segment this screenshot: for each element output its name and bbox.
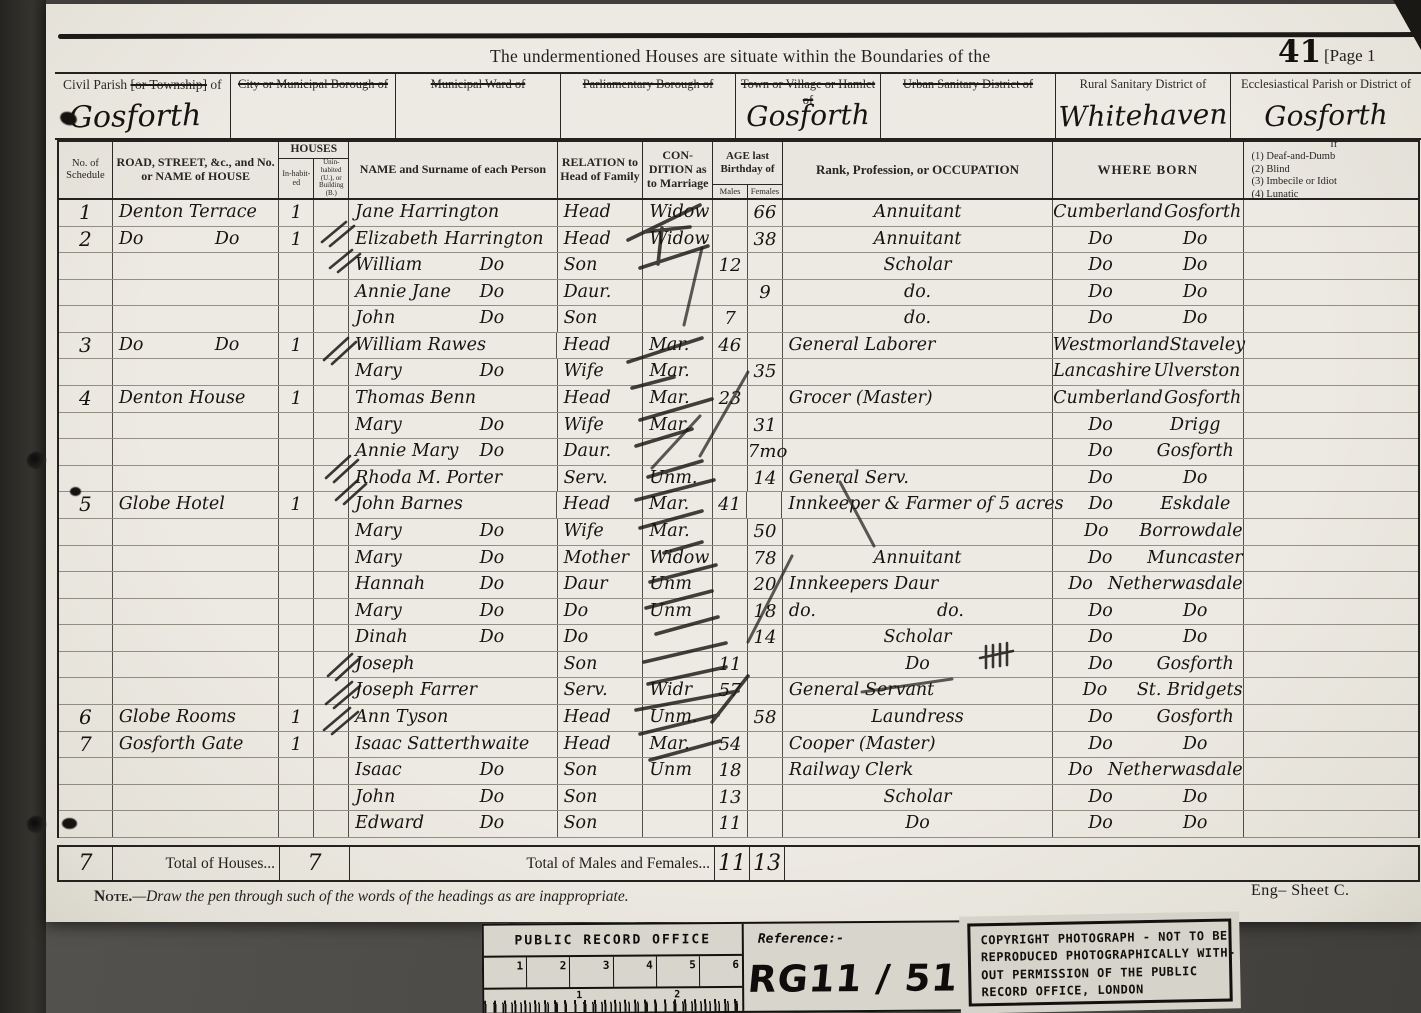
name-cell: Thomas Benn (348, 386, 556, 412)
occupation-cell: Laundress (782, 705, 1052, 731)
condition-value: Mar. (643, 519, 712, 544)
age-male-value: 46 (713, 333, 747, 358)
occupation-cell: General Servant (782, 678, 1052, 704)
name-cell: Isaac Satterthwaite (348, 732, 556, 758)
born-cell: DoGosforth (1052, 439, 1242, 465)
relation-value: Head (558, 227, 643, 252)
person-name: Mary (349, 599, 556, 624)
age-male-cell: 12 (712, 253, 747, 279)
surname-ditto: Do (474, 413, 505, 438)
occupation-cell: Scholar (782, 785, 1052, 811)
schedule-number: 2 (59, 227, 112, 252)
born-cell: DoGosforth (1052, 705, 1242, 731)
schedule-cell (59, 413, 112, 439)
born-cell: DoDo (1052, 732, 1242, 758)
occupation-value: Cooper (Master) (783, 732, 1052, 757)
age-female-cell: 66 (747, 200, 782, 226)
schedule-cell: 2 (59, 227, 112, 253)
infirmity-line: If (1252, 139, 1416, 151)
occupation-value: General Servant (783, 678, 1052, 703)
census-rows: 1Denton Terrace1Jane HarringtonHeadWidow… (57, 200, 1420, 838)
relation-cell: Serv. (557, 466, 643, 492)
infirmity-cell (1243, 546, 1418, 572)
infirmity-line: (2) Blind (1252, 164, 1416, 176)
municipal-borough-cell: City or Municipal Borough of (230, 74, 395, 138)
condition-cell: Widow (642, 546, 712, 572)
born-values: DoDo (1053, 785, 1242, 810)
relation-value: Son (558, 758, 643, 783)
born-county: Do (1053, 492, 1148, 517)
born-place: Do (1148, 466, 1243, 491)
occupation-cell: do. (782, 280, 1052, 306)
road-name-ditto: Do (209, 333, 240, 358)
born-county: Do (1053, 227, 1148, 252)
road-cell: Gosforth Gate (112, 732, 279, 758)
born-cell: DoDo (1052, 811, 1242, 837)
road-cell (112, 758, 279, 784)
infirmity-cell (1243, 519, 1418, 545)
ecclesiastical-parish-value: Gosforth (1231, 96, 1421, 134)
born-values: DoDo (1053, 625, 1242, 650)
surname-ditto: Do (474, 599, 505, 624)
uninhabited-cell (313, 200, 348, 226)
age-female-value: 9 (748, 280, 782, 305)
relation-cell: Son (557, 811, 643, 837)
relation-cell: Son (557, 306, 643, 332)
sheet-label: Eng– Sheet C. (1251, 882, 1350, 900)
born-cell: WestmorlandStaveley (1052, 333, 1243, 359)
person-name: Annie Jane (349, 280, 556, 305)
condition-cell (642, 811, 712, 837)
uninhabited-cell (313, 466, 348, 492)
born-values: DoDo (1053, 280, 1242, 305)
surname-ditto: Do (474, 758, 505, 783)
inhabited-cell (278, 306, 313, 332)
infirmity-cell (1243, 811, 1418, 837)
census-row: 1Denton Terrace1Jane HarringtonHeadWidow… (59, 200, 1418, 227)
occupation-ditto: do. (931, 599, 964, 624)
road-cell (112, 625, 279, 651)
census-table: No. of Schedule ROAD, STREET, &c., and N… (57, 140, 1420, 838)
totals-row: 7 Total of Houses... 7 Total of Males an… (57, 845, 1420, 882)
punch-hole (27, 816, 46, 833)
inhabited-cell: 1 (278, 705, 313, 731)
totals-houses-label-cell: Total of Houses... (112, 847, 279, 880)
born-cell: DoDo (1052, 625, 1242, 651)
ink-blot (70, 487, 81, 496)
relation-cell: Head (557, 705, 643, 731)
schedule-cell (59, 785, 112, 811)
age-female-cell (747, 678, 782, 704)
age-female-cell: 35 (747, 359, 782, 385)
infirmity-cell (1243, 333, 1418, 359)
occupation-value: do. (783, 280, 1052, 305)
born-place: Gosforth (1163, 200, 1243, 225)
condition-value: Unm (643, 758, 712, 783)
condition-value: Mar. (643, 492, 712, 517)
road-cell: Denton House (112, 386, 279, 412)
uninhabited-cell (313, 439, 348, 465)
relation-cell: Son (557, 785, 643, 811)
born-cell: DoMuncaster (1052, 546, 1242, 572)
inhabited-cell (278, 466, 313, 492)
header-infirmity-lines: If (1) Deaf-and-Dumb (2) Blind (3) Imbec… (1246, 139, 1416, 201)
schedule-cell: 1 (59, 200, 112, 226)
schedule-cell (59, 572, 112, 598)
inhabited-cell: 1 (278, 492, 313, 518)
name-cell: John Barnes (348, 492, 556, 518)
born-place: Eskdale (1148, 492, 1243, 517)
schedule-cell (59, 439, 112, 465)
relation-value: Do (558, 625, 643, 650)
page-title: The undermentioned Houses are situate wi… (490, 46, 990, 67)
relation-value: Wife (558, 413, 643, 438)
infirmity-cell (1243, 625, 1418, 651)
age-female-cell: 20 (747, 572, 782, 598)
road-cell: Globe Hotel (112, 492, 278, 518)
surname-ditto: Do (474, 572, 505, 597)
age-female-value: 58 (748, 705, 782, 730)
condition-cell: Unm (642, 599, 712, 625)
born-place: Staveley (1170, 333, 1246, 358)
age-male-cell (712, 705, 747, 731)
age-female-value: 20 (748, 572, 782, 597)
footnote: Note.—Draw the pen through such of the w… (94, 888, 629, 906)
born-values: DoGosforth (1053, 652, 1242, 677)
age-male-cell: 18 (712, 758, 747, 784)
page-top-edge (46, 0, 1421, 4)
age-male-cell: 57 (712, 678, 747, 704)
uninhabited-cell (313, 785, 348, 811)
relation-value: Wife (558, 359, 643, 384)
totals-females-cell: 13 (749, 847, 784, 880)
relation-value: Head (558, 705, 643, 730)
census-row: WilliamDoSon12ScholarDoDo (59, 253, 1418, 280)
header-age: AGE last Birthday of Males Females (712, 142, 782, 198)
town-village-cell: Town or Village or Hamlet of Gosforth (735, 74, 880, 138)
occupation-value: Scholar (783, 253, 1052, 278)
road-cell (112, 572, 279, 598)
schedule-cell (59, 678, 112, 704)
born-values: DoDo (1053, 599, 1242, 624)
census-row: JohnDoSon13ScholarDoDo (59, 785, 1418, 812)
infirmity-line: (1) Deaf-and-Dumb (1252, 151, 1416, 163)
relation-value: Son (558, 652, 643, 677)
occupation-cell: Annuitant (782, 546, 1052, 572)
inch-mark: 5 (657, 956, 700, 986)
age-male-value: 57 (713, 678, 747, 703)
totals-schedule-cell: 7 (59, 847, 112, 880)
census-row: DinahDoDo14ScholarDoDo (59, 625, 1418, 652)
occupation-value: Do (783, 652, 1052, 677)
born-county: Do (1053, 466, 1148, 491)
surname-ditto: Do (474, 439, 505, 464)
inch-mark: 3 (570, 957, 613, 987)
age-female-cell (747, 758, 782, 784)
born-values: DoGosforth (1053, 439, 1242, 464)
census-row: IsaacDoSonUnm18Railway ClerkDoNetherwasd… (59, 758, 1418, 785)
uninhabited-cell (313, 333, 348, 359)
road-cell (112, 519, 279, 545)
born-county: Do (1053, 280, 1148, 305)
born-cell: DoDo (1052, 306, 1242, 332)
road-cell (112, 678, 279, 704)
age-male-cell: 11 (712, 811, 747, 837)
relation-value: Son (558, 785, 643, 810)
road-cell: Globe Rooms (112, 705, 279, 731)
occupation-cell: Cooper (Master) (782, 732, 1052, 758)
inch-mark: 1 (484, 957, 527, 987)
municipal-ward-cell: Municipal Ward of (395, 74, 560, 138)
schedule-cell: 7 (59, 732, 112, 758)
condition-cell (642, 280, 712, 306)
age-male-cell: 54 (712, 732, 747, 758)
occupation-value: Annuitant (783, 227, 1052, 252)
road-name: Do (113, 227, 279, 252)
name-cell: HannahDo (348, 572, 556, 598)
uninhabited-cell (313, 386, 348, 412)
infirmity-cell (1243, 705, 1418, 731)
schedule-number: 6 (59, 705, 112, 730)
municipal-ward-label: Municipal Ward of (431, 77, 526, 91)
occupation-cell: General Laborer (782, 333, 1052, 359)
inhabited-cell (278, 758, 313, 784)
condition-value: Widow (643, 200, 712, 225)
occupation-value: Annuitant (783, 200, 1052, 225)
civil-parish-cell: Civil Parish [or Township] of Gosforth (55, 74, 230, 138)
relation-cell: Wife (557, 359, 643, 385)
scan-corner-shadow (1393, 0, 1421, 50)
uninhabited-cell (313, 678, 348, 704)
header-age-sub: Males Females (713, 184, 782, 198)
born-cell: DoNetherwasdale (1052, 572, 1242, 598)
totals-females-value: 13 (753, 851, 781, 876)
inhabited-cell (278, 811, 313, 837)
census-row: Annie JaneDoDaur.9do.DoDo (59, 280, 1418, 307)
census-row: Rhoda M. PorterServ.Unm.14General Serv.D… (59, 466, 1418, 493)
inhabited-count: 1 (279, 705, 313, 730)
ink-rule (58, 32, 1418, 39)
born-county: Cumberland (1053, 386, 1163, 411)
occupation-value: General Serv. (783, 466, 1052, 491)
census-row: 3DoDo1William RawesHeadMar.46General Lab… (59, 333, 1418, 360)
header-females: Females (747, 184, 782, 198)
name-cell: JohnDo (348, 785, 556, 811)
born-place: Gosforth (1148, 652, 1243, 677)
condition-cell: Mar. (642, 333, 712, 359)
person-name: Hannah (349, 572, 556, 597)
uninhabited-cell (313, 492, 348, 518)
condition-cell (642, 625, 712, 651)
age-male-value: 13 (713, 785, 747, 810)
occupation-value: General Laborer (783, 333, 1052, 358)
age-female-value: 31 (748, 413, 782, 438)
infirmity-cell (1243, 306, 1418, 332)
person-name: Mary (349, 413, 556, 438)
born-values: DoGosforth (1053, 705, 1242, 730)
inhabited-cell (278, 439, 313, 465)
census-row: EdwardDoSon11DoDoDo (59, 811, 1418, 838)
road-name: Denton House (113, 386, 279, 411)
inch-mark: 4 (613, 957, 656, 987)
census-row: Joseph FarrerServ.Widr57General ServantD… (59, 678, 1418, 705)
born-values: DoBorrowdale (1053, 519, 1242, 544)
schedule-cell (59, 466, 112, 492)
age-female-cell: 58 (747, 705, 782, 731)
reference-label: Reference:- (758, 931, 844, 947)
name-cell: Joseph Farrer (348, 678, 556, 704)
born-place: Do (1148, 280, 1243, 305)
relation-cell: Wife (557, 413, 643, 439)
relation-cell: Do (557, 599, 643, 625)
uninhabited-cell (313, 227, 348, 253)
condition-cell: Mar. (642, 519, 712, 545)
page-label: [Page 1 (1324, 46, 1375, 66)
born-county: Lancashire (1053, 359, 1151, 384)
uninhabited-cell (313, 280, 348, 306)
uninhabited-cell (313, 546, 348, 572)
name-cell: IsaacDo (348, 758, 556, 784)
header-uninhabited: Unin-habited (U.), or Building (B.) (313, 158, 348, 198)
born-cell: DoDo (1052, 466, 1242, 492)
uninhabited-cell (313, 599, 348, 625)
census-row: Annie MaryDoDaur.7moDoGosforth (59, 439, 1418, 466)
age-male-value: 54 (713, 732, 747, 757)
totals-empty-cell (784, 847, 1418, 880)
age-female-value: 7mo (748, 439, 782, 464)
person-name: Mary (349, 359, 556, 384)
inhabited-cell: 1 (278, 732, 313, 758)
census-row: MaryDoWifeMar.31DoDrigg (59, 413, 1418, 440)
condition-cell (642, 306, 712, 332)
parliamentary-borough-cell: Parliamentary Borough of (560, 74, 735, 138)
inhabited-cell: 1 (278, 333, 313, 359)
relation-value: Do (558, 599, 643, 624)
name-cell: Elizabeth Harrington (348, 227, 556, 253)
census-row: JosephSon11DoDoGosforth (59, 652, 1418, 679)
census-row: MaryDoMotherWidow78AnnuitantDoMuncaster (59, 546, 1418, 573)
town-village-value: Gosforth (736, 97, 881, 135)
person-name: Joseph (349, 652, 556, 677)
occupation-value: Do (783, 811, 1052, 836)
schedule-number: 5 (59, 492, 112, 517)
relation-value: Son (558, 811, 643, 836)
condition-cell (642, 652, 712, 678)
condition-value: Widow (643, 546, 712, 571)
uninhabited-cell (313, 811, 348, 837)
schedule-cell (59, 359, 112, 385)
header-occupation: Rank, Profession, or OCCUPATION (782, 142, 1052, 198)
relation-value: Daur. (558, 280, 643, 305)
census-row: JohnDoSon7do.DoDo (59, 306, 1418, 333)
road-cell: Denton Terrace (112, 200, 279, 226)
age-male-cell (712, 519, 747, 545)
inhabited-count: 1 (279, 200, 313, 225)
infirmity-cell (1243, 652, 1418, 678)
born-county: Do (1053, 253, 1148, 278)
name-cell: JohnDo (348, 306, 556, 332)
born-values: WestmorlandStaveley (1053, 333, 1243, 358)
inhabited-count: 1 (279, 732, 313, 757)
occupation-value: Scholar (783, 625, 1052, 650)
relation-cell: Mother (557, 546, 643, 572)
infirmity-cell (1243, 280, 1418, 306)
uninhabited-cell (313, 253, 348, 279)
born-county: Do (1053, 572, 1108, 597)
age-male-cell (712, 466, 747, 492)
pro-ruler-stamp: PUBLIC RECORD OFFICE 1 2 3 4 5 6 1 2 Ref… (482, 920, 979, 1013)
surname-ditto: Do (474, 625, 505, 650)
person-name: Rhoda M. Porter (349, 466, 556, 491)
occupation-cell: Grocer (Master) (782, 386, 1052, 412)
rural-sanitary-label: Rural Sanitary District of (1080, 77, 1207, 91)
schedule-cell (59, 758, 112, 784)
relation-value: Daur. (558, 439, 643, 464)
road-name: Denton Terrace (113, 200, 279, 225)
totals-males-value: 11 (718, 851, 746, 876)
schedule-number: 4 (59, 386, 112, 411)
inhabited-count: 1 (279, 492, 313, 517)
census-row: MaryDoDoUnm18do.do.DoDo (59, 599, 1418, 626)
road-cell (112, 306, 279, 332)
schedule-cell (59, 652, 112, 678)
census-row: MaryDoWifeMar.50DoBorrowdale (59, 519, 1418, 546)
born-values: DoDo (1053, 466, 1242, 491)
relation-value: Serv. (558, 466, 643, 491)
born-county: Westmorland (1053, 333, 1170, 358)
condition-value: Mar. (643, 359, 712, 384)
uninhabited-cell (313, 705, 348, 731)
name-cell: DinahDo (348, 625, 556, 651)
occupation-cell: Innkeepers Daur (782, 572, 1052, 598)
inhabited-count: 1 (279, 333, 313, 358)
infirmity-cell (1243, 466, 1418, 492)
inhabited-cell (278, 678, 313, 704)
condition-value: Unm (643, 572, 712, 597)
surname-ditto: Do (474, 785, 505, 810)
reference-section: Reference:- RG11 / 5194 (744, 922, 977, 1011)
occupation-value: Scholar (783, 785, 1052, 810)
occupation-cell (782, 359, 1052, 385)
uninhabited-cell (313, 758, 348, 784)
person-name: John (349, 785, 556, 810)
schedule-cell: 3 (59, 333, 112, 359)
born-values: DoDo (1053, 253, 1242, 278)
census-row: 7Gosforth Gate1Isaac SatterthwaiteHeadMa… (59, 732, 1418, 759)
born-place: Do (1148, 306, 1243, 331)
born-cell: LancashireUlverston (1052, 359, 1242, 385)
road-name-ditto: Do (209, 227, 240, 252)
born-cell: DoGosforth (1052, 652, 1242, 678)
occupation-value: Annuitant (783, 546, 1052, 571)
age-female-cell (747, 333, 782, 359)
born-place: Do (1148, 811, 1243, 836)
road-cell (112, 466, 279, 492)
born-county: Do (1053, 652, 1148, 677)
person-name: Jane Harrington (349, 200, 556, 225)
born-values: DoEskdale (1053, 492, 1242, 517)
inhabited-cell (278, 546, 313, 572)
infirmity-cell (1243, 785, 1418, 811)
born-place: Ulverston (1151, 359, 1242, 384)
age-female-cell (747, 732, 782, 758)
road-cell (112, 652, 279, 678)
relation-value: Daur (558, 572, 643, 597)
condition-value: Widow (643, 227, 712, 252)
age-female-value: 35 (748, 359, 782, 384)
age-female-cell: 7mo (747, 439, 782, 465)
schedule-cell (59, 599, 112, 625)
